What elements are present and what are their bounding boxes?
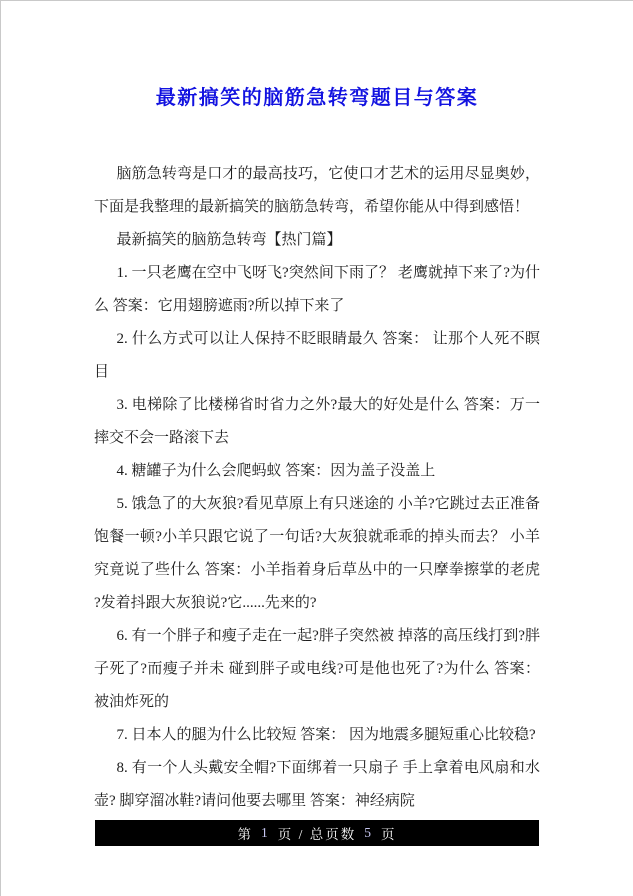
document-body: 脑筋急转弯是口才的最高技巧，它使口才艺术的运用尽显奥妙，下面是我整理的最新搞笑的… — [94, 158, 540, 819]
footer-page-suffix-label: 页 — [381, 823, 397, 843]
paragraph: 7. 日本人的腿为什么比较短 答案： 因为地震多腿短重心比较稳? — [94, 719, 540, 752]
paragraph: 3. 电梯除了比楼梯省时省力之外?最大的好处是什么 答案：万一摔交不会一路滚下去 — [94, 389, 540, 455]
paragraph: 8. 有一个人头戴安全帽?下面绑着一只扇子 手上拿着电风扇和水壶? 脚穿溜冰鞋?… — [94, 752, 540, 818]
page-footer-bar: 第 1 页 / 总页数 5 页 — [95, 820, 539, 846]
paragraph: 脑筋急转弯是口才的最高技巧，它使口才艺术的运用尽显奥妙，下面是我整理的最新搞笑的… — [94, 158, 540, 224]
footer-current-page-number: 1 — [261, 825, 270, 841]
footer-total-pages-number: 5 — [364, 825, 373, 841]
document-page: 最新搞笑的脑筋急转弯题目与答案 脑筋急转弯是口才的最高技巧，它使口才艺术的运用尽… — [0, 0, 633, 896]
footer-page-prefix-label: 第 — [237, 823, 253, 843]
paragraph: 5. 饿急了的大灰狼?看见草原上有只迷途的 小羊?它跳过去正准备饱餐一顿?小羊只… — [94, 488, 540, 620]
paragraph: 4. 糖罐子为什么会爬蚂蚁 答案：因为盖子没盖上 — [94, 455, 540, 488]
paragraph: 最新搞笑的脑筋急转弯【热门篇】 — [94, 224, 540, 257]
paragraph: 6. 有一个胖子和瘦子走在一起?胖子突然被 掉落的高压线打到?胖子死了?而瘦子并… — [94, 620, 540, 719]
paragraph: 9. 有一列火车?以时速公里的速度前进？ 行驶中某乘客忽然把门打开 — [94, 818, 540, 819]
paragraph: 2. 什么方式可以让人保持不眨眼睛最久 答案： 让那个人死不瞑目 — [94, 323, 540, 389]
footer-total-label: 页 / 总页数 — [278, 823, 357, 843]
paragraph: 1. 一只老鹰在空中飞呀飞?突然间下雨了？ 老鹰就掉下来了?为什么 答案：它用翅… — [94, 257, 540, 323]
document-title: 最新搞笑的脑筋急转弯题目与答案 — [1, 81, 633, 110]
